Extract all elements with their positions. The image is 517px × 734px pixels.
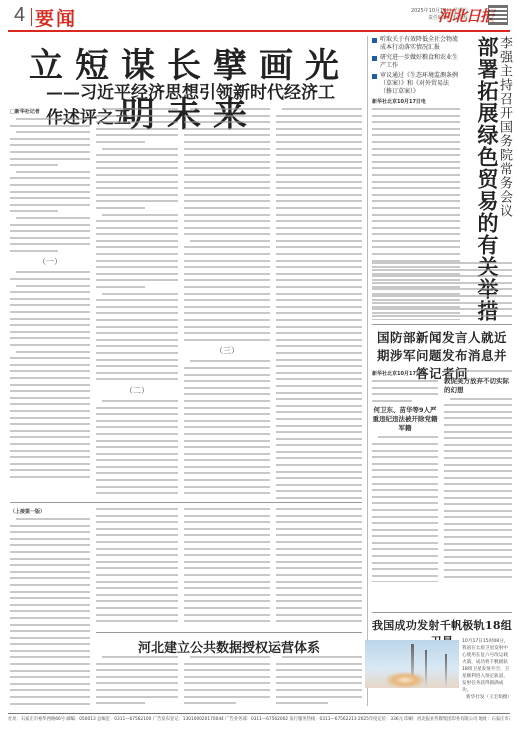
data-article-column-3 bbox=[276, 656, 362, 708]
body-text bbox=[372, 436, 438, 582]
body-text bbox=[10, 271, 90, 477]
body-text bbox=[184, 360, 270, 494]
photo-credit: 新华社发（王宏娟摄） bbox=[462, 694, 512, 701]
body-text bbox=[184, 508, 270, 622]
body-text bbox=[444, 370, 512, 372]
article-divider bbox=[10, 502, 362, 503]
meeting-item: 研究进一步做好粮食和农业生产工作 bbox=[372, 54, 460, 70]
body-text bbox=[372, 262, 512, 317]
column-divider bbox=[367, 36, 368, 706]
body-text bbox=[444, 398, 512, 578]
defense-subhead-2: 敦促美方放弃不切实际的幻想 bbox=[444, 377, 512, 395]
data-article-column-1 bbox=[96, 656, 178, 708]
defense-column-1: 新华社北京10月17日电 何卫东、苗华等9人严重违纪违法被开除党籍军籍 bbox=[372, 370, 438, 582]
caption-text: 10月17日15时08分，我国在太原卫星发射中心使用长征六号改运载火箭，成功将千… bbox=[462, 639, 509, 693]
data-article-headline: 河北建立公共数据授权运营体系 bbox=[96, 637, 362, 656]
page-footer: 社址：石家庄市裕华西路66号 邮编：050013 总编室：0311—675621… bbox=[8, 713, 510, 722]
section-name: 要闻 bbox=[35, 4, 77, 31]
body-text bbox=[184, 108, 270, 341]
state-council-byline: 新华社北京10月17日电 bbox=[372, 98, 460, 105]
masthead-divider bbox=[31, 8, 32, 26]
article-divider bbox=[96, 632, 362, 633]
rocket-launch-photo bbox=[365, 640, 459, 688]
meeting-summary-list: 听取关于有效降低全社会物流成本行动落实情况汇报 研究进一步做好粮食和农业生产工作… bbox=[372, 36, 460, 98]
data-article-column-2 bbox=[184, 656, 270, 708]
meeting-item: 审议通过《生态环境监测条例（草案）》和《对外贸易法（修订草案）》 bbox=[372, 72, 460, 96]
body-text bbox=[276, 108, 362, 499]
section-mark-3: （三） bbox=[184, 345, 270, 356]
body-text bbox=[276, 656, 362, 704]
meeting-item: 听取关于有效降低全社会物流成本行动落实情况汇报 bbox=[372, 36, 460, 52]
body-text bbox=[96, 656, 178, 704]
qr-code-icon[interactable] bbox=[488, 5, 508, 25]
lead-article-column-3: （三） bbox=[184, 108, 270, 500]
page-number: 4 bbox=[14, 4, 25, 27]
lead-article-column-2: （二） bbox=[96, 108, 178, 500]
defense-byline: 新华社北京10月17日电 bbox=[372, 370, 438, 377]
article-divider bbox=[372, 324, 512, 325]
lead-article-continued-3 bbox=[184, 508, 270, 628]
lead-article-continued-4 bbox=[276, 508, 362, 628]
body-text bbox=[10, 118, 90, 252]
continued-label: （上接第一版） bbox=[10, 508, 90, 515]
state-council-body-2 bbox=[372, 262, 512, 320]
masthead-rule bbox=[8, 30, 510, 32]
launch-plume bbox=[385, 672, 425, 688]
lead-article-continued-1: （上接第一版） bbox=[10, 508, 90, 708]
lead-article-continued-2 bbox=[96, 508, 178, 628]
defense-subhead-1: 何卫东、苗华等9人严重违纪违法被开除党籍军籍 bbox=[372, 406, 438, 433]
lead-article-column-1: □新华社记者 （一） bbox=[10, 108, 90, 500]
body-text bbox=[372, 380, 438, 402]
tower-icon bbox=[445, 654, 447, 688]
section-mark-2: （二） bbox=[96, 385, 178, 396]
tower-icon bbox=[425, 650, 427, 688]
body-text bbox=[184, 656, 270, 704]
masthead: 4 要闻 2025年10月18日 星期六 责任编辑：程季辉 河北日报 bbox=[0, 0, 517, 34]
lead-byline: □新华社记者 bbox=[10, 108, 90, 115]
body-text bbox=[96, 400, 178, 494]
article-divider bbox=[372, 612, 512, 613]
newspaper-logo: 河北日报 bbox=[438, 5, 494, 26]
body-text bbox=[276, 508, 362, 622]
body-text bbox=[96, 108, 178, 380]
section-mark-1: （一） bbox=[10, 256, 90, 267]
body-text bbox=[10, 518, 90, 708]
defense-column-2: 敦促美方放弃不切实际的幻想 bbox=[444, 370, 512, 582]
lead-article-column-4 bbox=[276, 108, 362, 500]
body-text bbox=[96, 508, 178, 622]
satellite-caption: 10月17日15时08分，我国在太原卫星发射中心使用长征六号改运载火箭，成功将千… bbox=[462, 638, 512, 708]
